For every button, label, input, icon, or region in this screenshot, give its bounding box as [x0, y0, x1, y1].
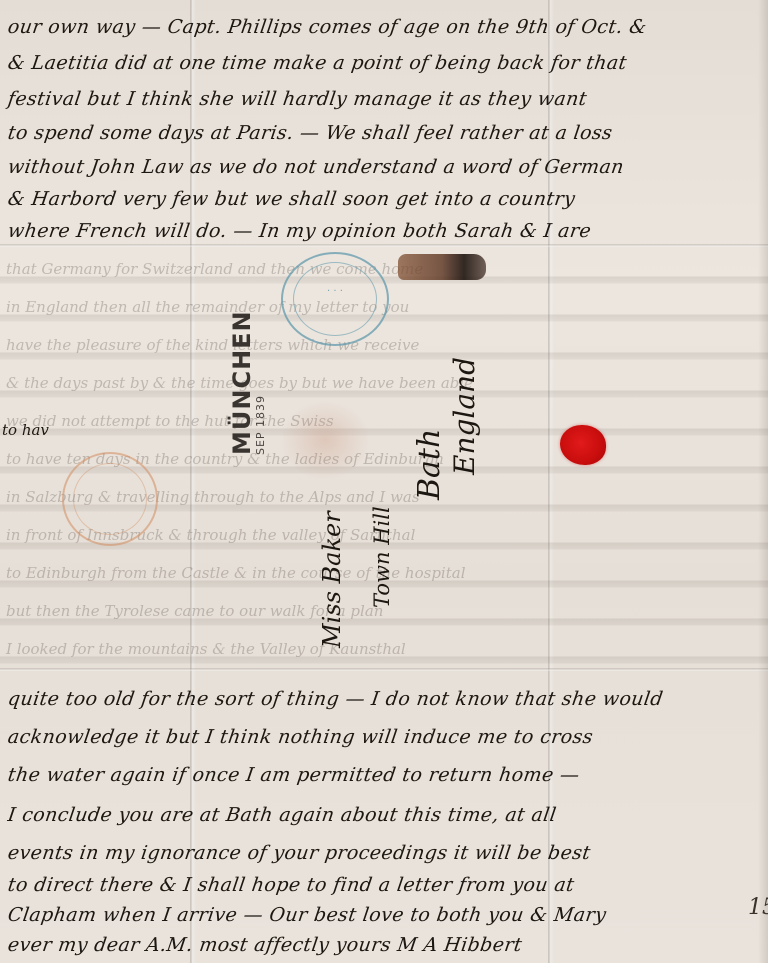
- blue-postmark: · · ·: [281, 252, 389, 346]
- letter-line: where French will do. — In my opinion bo…: [6, 220, 749, 242]
- address-line: England: [448, 357, 481, 475]
- letter-line: our own way — Capt. Phillips comes of ag…: [6, 16, 749, 38]
- letter-line: festival but I think she will hardly man…: [6, 88, 749, 110]
- letter-line: & Harbord very few but we shall soon get…: [6, 188, 749, 210]
- stain: [280, 400, 370, 480]
- letter-line: to spend some days at Paris. — We shall …: [6, 122, 749, 144]
- letter-line: Clapham when I arrive — Our best love to…: [6, 904, 749, 926]
- letter-line: to direct there & I shall hope to find a…: [6, 874, 749, 896]
- letter-line: the water again if once I am permitted t…: [6, 764, 749, 786]
- letter-line: acknowledge it but I think nothing will …: [6, 726, 749, 748]
- munchen-postmark: MÜNCHEN SEP 1839: [228, 285, 268, 455]
- letter-line: I conclude you are at Bath again about t…: [6, 804, 749, 826]
- letter-line: & Laetitia did at one time make a point …: [6, 52, 749, 74]
- red-postmark: [62, 452, 158, 546]
- edge-shadow: [758, 0, 768, 963]
- address-line: Miss Baker: [318, 511, 346, 648]
- fold-line-top: [0, 244, 768, 247]
- address-line: Town Hill: [370, 506, 394, 608]
- letter-line: quite too old for the sort of thing — I …: [6, 688, 749, 710]
- wax-seal: [560, 425, 606, 465]
- letter-sheet: that Germany for Switzerland and then we…: [0, 0, 768, 963]
- wax-residue: [398, 254, 486, 280]
- address-line: Bath: [412, 429, 447, 500]
- stray-fragment: to hav: [2, 421, 49, 439]
- signature-line: ever my dear A.M. most affectly yours M …: [6, 934, 749, 956]
- letter-line: events in my ignorance of your proceedin…: [6, 842, 749, 864]
- letter-line: without John Law as we do not understand…: [6, 156, 749, 178]
